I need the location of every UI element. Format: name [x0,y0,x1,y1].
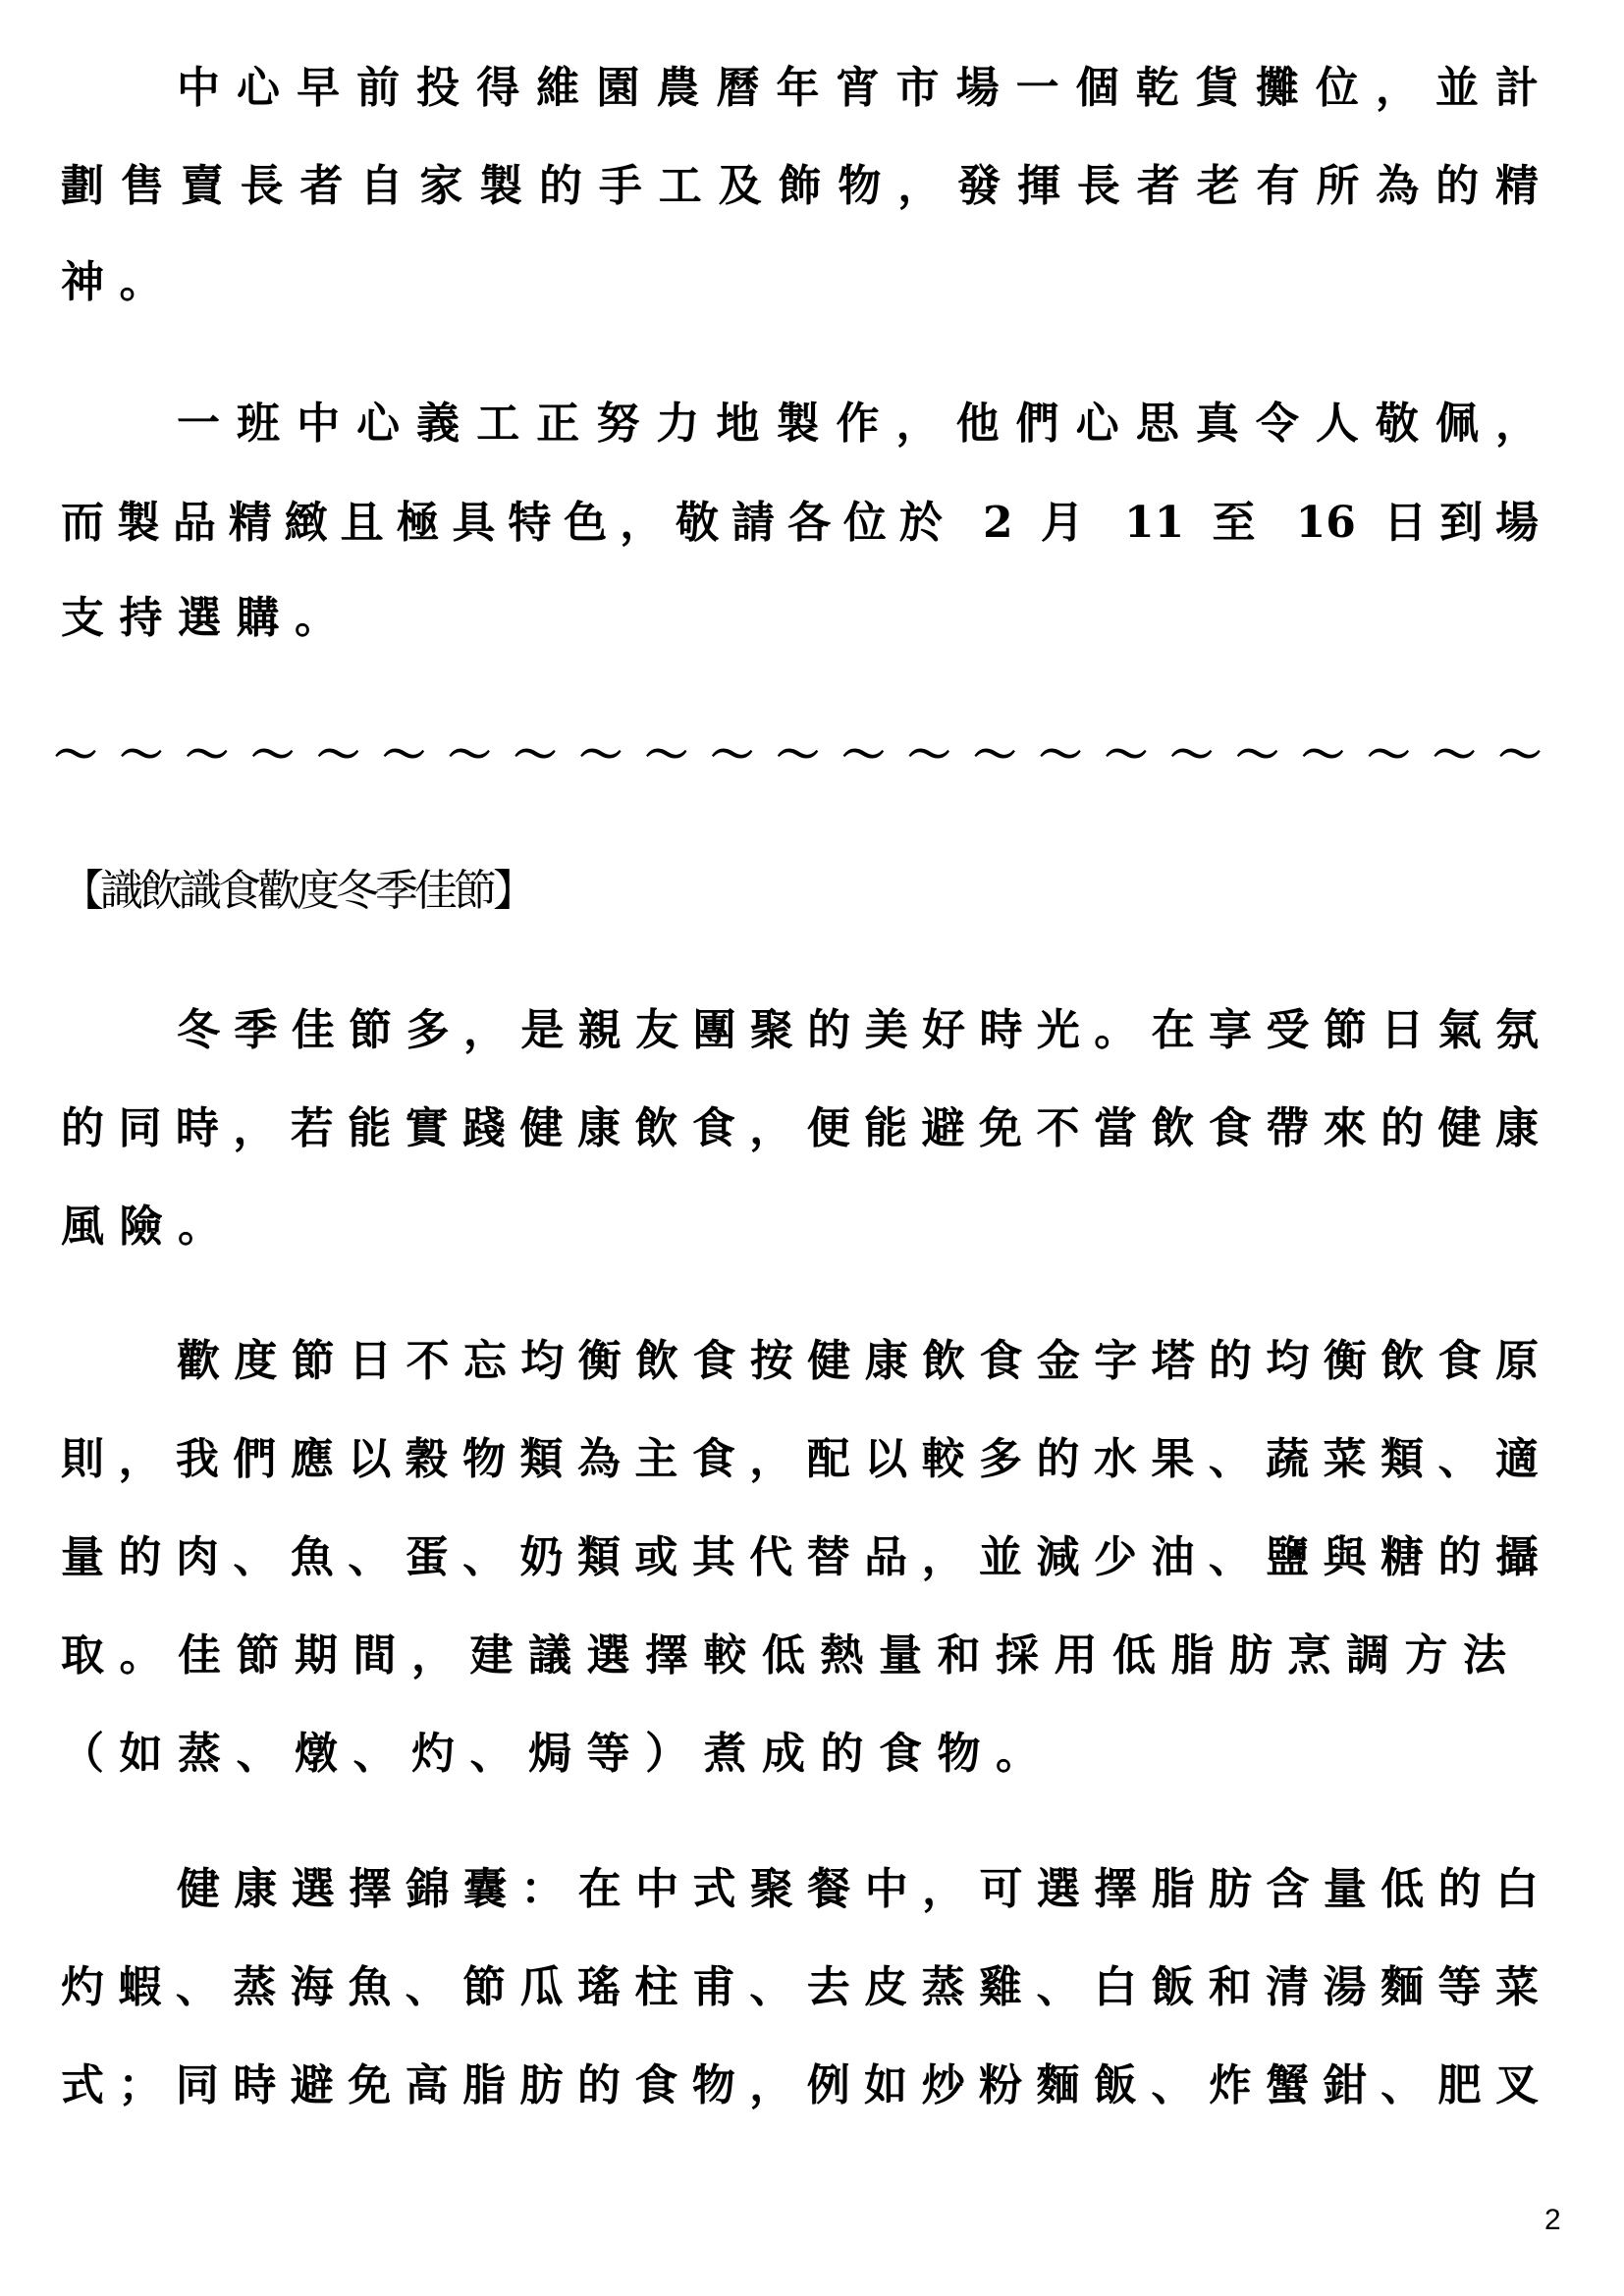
paragraph-line: 而製品精緻且極具特色，敬請各位於 2 月 11 至 16 日到場 [61,494,1539,553]
page-number: 2 [1544,2203,1561,2238]
tilde-divider: ～～～～～～～～～～～～～～～～～～～～～～～ [54,726,1542,785]
paragraph-line: 一班中心義工正努力地製作，他們心思真令人敬佩， [177,395,1539,454]
paragraph-line: 則，我們應以穀物類為主食，配以較多的水果、蔬菜類、適 [61,1430,1539,1489]
paragraph-line: （如蒸、燉、灼、焗等）煮成的食物。 [61,1725,1055,1784]
paragraph-line: 量的肉、魚、蛋、奶類或其代替品，並減少油、鹽與糖的攝 [61,1528,1539,1587]
paragraph-line: 灼蝦、蒸海魚、節瓜瑤柱甫、去皮蒸雞、白飯和清湯麵等菜 [61,1958,1539,2017]
section-heading: 【識飲識食歡度冬季佳節】 [61,860,532,923]
paragraph-line: 健康選擇錦囊：在中式聚餐中，可選擇脂肪含量低的白 [177,1860,1539,1919]
paragraph-line: 中心早前投得維園農曆年宵市場一個乾貨攤位，並計 [177,59,1539,118]
paragraph-line: 神。 [61,253,178,312]
paragraph-line: 歡度節日不忘均衡飲食按健康飲食金字塔的均衡飲食原 [177,1332,1539,1391]
paragraph-line: 取。佳節期間，建議選擇較低熱量和採用低脂肪烹調方法 [61,1627,1522,1685]
document-page: 中心早前投得維園農曆年宵市場一個乾貨攤位，並計 劃售賣長者自家製的手工及飾物，發… [0,0,1624,2296]
paragraph-line: 冬季佳節多，是親友團聚的美好時光。在享受節日氣氛 [177,1001,1539,1060]
paragraph-line: 式；同時避免高脂肪的食物，例如炒粉麵飯、炸蟹鉗、肥叉 [61,2056,1539,2115]
paragraph-line: 支持選購。 [61,589,353,648]
paragraph-line: 劃售賣長者自家製的手工及飾物，發揮長者老有所為的精 [61,157,1539,216]
paragraph-line: 的同時，若能實踐健康飲食，便能避免不當飲食帶來的健康 [61,1099,1539,1158]
paragraph-line: 風險。 [61,1198,237,1256]
